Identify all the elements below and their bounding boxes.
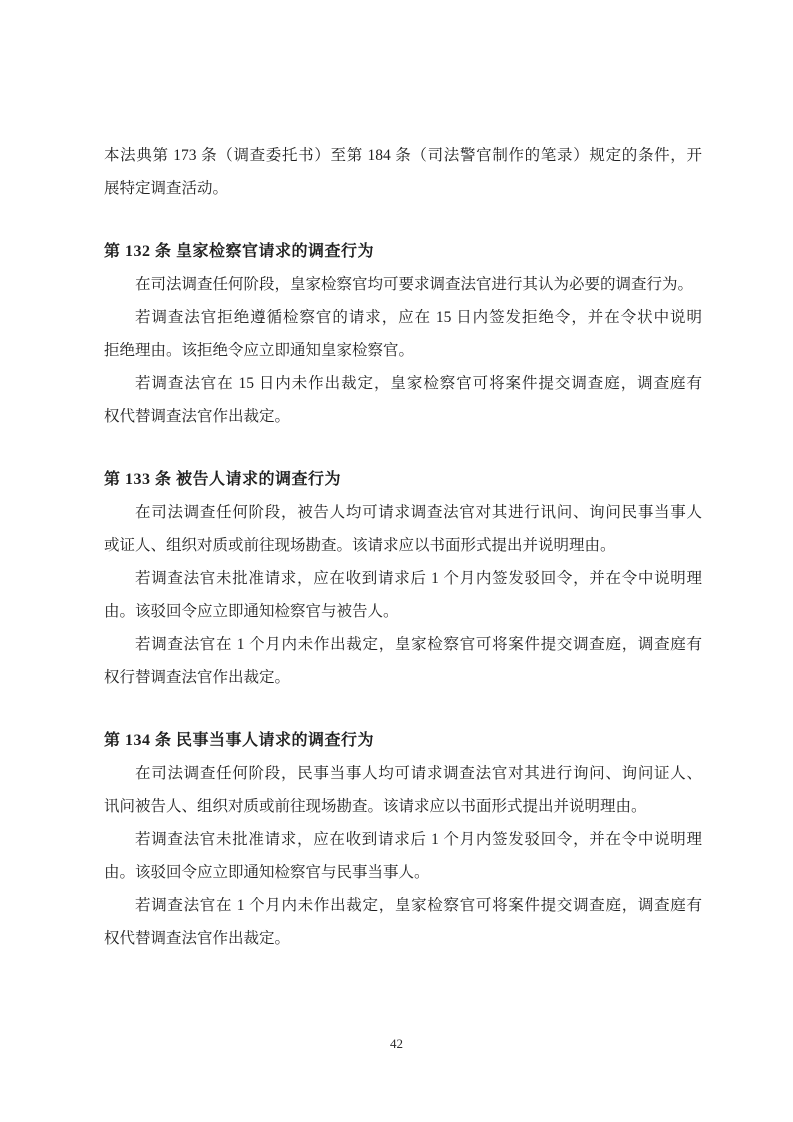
paragraph-line: 若调查法官在 1 个月内未作出裁定，皇家检察官可将案件提交调查庭，调查庭有 bbox=[104, 889, 702, 922]
paragraph-line: 在司法调查任何阶段，民事当事人均可请求调查法官对其进行询问、询问证人、 bbox=[104, 757, 702, 790]
page-number: 42 bbox=[0, 1036, 793, 1052]
body-paragraph: 若调查法官在 1 个月内未作出裁定，皇家检察官可将案件提交调查庭，调查庭有 权行… bbox=[104, 628, 702, 694]
body-paragraph: 在司法调查任何阶段，民事当事人均可请求调查法官对其进行询问、询问证人、 讯问被告… bbox=[104, 757, 702, 823]
intro-paragraph: 本法典第 173 条（调查委托书）至第 184 条（司法警官制作的笔录）规定的条… bbox=[104, 139, 702, 205]
paragraph-line: 本法典第 173 条（调查委托书）至第 184 条（司法警官制作的笔录）规定的条… bbox=[104, 139, 702, 172]
body-paragraph: 若调查法官在 15 日内未作出裁定，皇家检察官可将案件提交调查庭，调查庭有 权代… bbox=[104, 367, 702, 433]
body-paragraph: 若调查法官未批准请求，应在收到请求后 1 个月内签发驳回令，并在令中说明理 由。… bbox=[104, 562, 702, 628]
paragraph-line: 拒绝理由。该拒绝令应立即通知皇家检察官。 bbox=[104, 334, 702, 367]
article-section-133: 第 133 条 被告人请求的调查行为 在司法调查任何阶段，被告人均可请求调查法官… bbox=[104, 463, 702, 694]
paragraph-line: 权行替调查法官作出裁定。 bbox=[104, 661, 702, 694]
paragraph-line: 若调查法官未批准请求，应在收到请求后 1 个月内签发驳回令，并在令中说明理 bbox=[104, 823, 702, 856]
document-content: 本法典第 173 条（调查委托书）至第 184 条（司法警官制作的笔录）规定的条… bbox=[104, 139, 702, 955]
body-paragraph: 若调查法官拒绝遵循检察官的请求，应在 15 日内签发拒绝令，并在令状中说明 拒绝… bbox=[104, 301, 702, 367]
paragraph-line: 权代替调查法官作出裁定。 bbox=[104, 922, 702, 955]
paragraph-line: 若调查法官在 1 个月内未作出裁定，皇家检察官可将案件提交调查庭，调查庭有 bbox=[104, 628, 702, 661]
article-heading: 第 133 条 被告人请求的调查行为 bbox=[104, 463, 702, 496]
body-paragraph: 在司法调查任何阶段，被告人均可请求调查法官对其进行讯问、询问民事当事人 或证人、… bbox=[104, 496, 702, 562]
body-paragraph: 若调查法官未批准请求，应在收到请求后 1 个月内签发驳回令，并在令中说明理 由。… bbox=[104, 823, 702, 889]
document-page: 本法典第 173 条（调查委托书）至第 184 条（司法警官制作的笔录）规定的条… bbox=[0, 0, 793, 1122]
article-heading: 第 132 条 皇家检察官请求的调查行为 bbox=[104, 235, 702, 268]
article-section-134: 第 134 条 民事当事人请求的调查行为 在司法调查任何阶段，民事当事人均可请求… bbox=[104, 724, 702, 955]
article-section-132: 第 132 条 皇家检察官请求的调查行为 在司法调查任何阶段，皇家检察官均可要求… bbox=[104, 235, 702, 433]
paragraph-line: 在司法调查任何阶段，皇家检察官均可要求调查法官进行其认为必要的调查行为。 bbox=[104, 268, 702, 301]
paragraph-line: 由。该驳回令应立即通知检察官与民事当事人。 bbox=[104, 856, 702, 889]
body-paragraph: 在司法调查任何阶段，皇家检察官均可要求调查法官进行其认为必要的调查行为。 bbox=[104, 268, 702, 301]
paragraph-line: 权代替调查法官作出裁定。 bbox=[104, 400, 702, 433]
paragraph-line: 若调查法官在 15 日内未作出裁定，皇家检察官可将案件提交调查庭，调查庭有 bbox=[104, 367, 702, 400]
paragraph-line: 由。该驳回令应立即通知检察官与被告人。 bbox=[104, 595, 702, 628]
article-heading: 第 134 条 民事当事人请求的调查行为 bbox=[104, 724, 702, 757]
paragraph-line: 或证人、组织对质或前往现场勘查。该请求应以书面形式提出并说明理由。 bbox=[104, 529, 702, 562]
body-paragraph: 若调查法官在 1 个月内未作出裁定，皇家检察官可将案件提交调查庭，调查庭有 权代… bbox=[104, 889, 702, 955]
paragraph-line: 若调查法官拒绝遵循检察官的请求，应在 15 日内签发拒绝令，并在令状中说明 bbox=[104, 301, 702, 334]
paragraph-line: 在司法调查任何阶段，被告人均可请求调查法官对其进行讯问、询问民事当事人 bbox=[104, 496, 702, 529]
paragraph-line: 讯问被告人、组织对质或前往现场勘查。该请求应以书面形式提出并说明理由。 bbox=[104, 790, 702, 823]
paragraph-line: 展特定调查活动。 bbox=[104, 172, 702, 205]
paragraph-line: 若调查法官未批准请求，应在收到请求后 1 个月内签发驳回令，并在令中说明理 bbox=[104, 562, 702, 595]
